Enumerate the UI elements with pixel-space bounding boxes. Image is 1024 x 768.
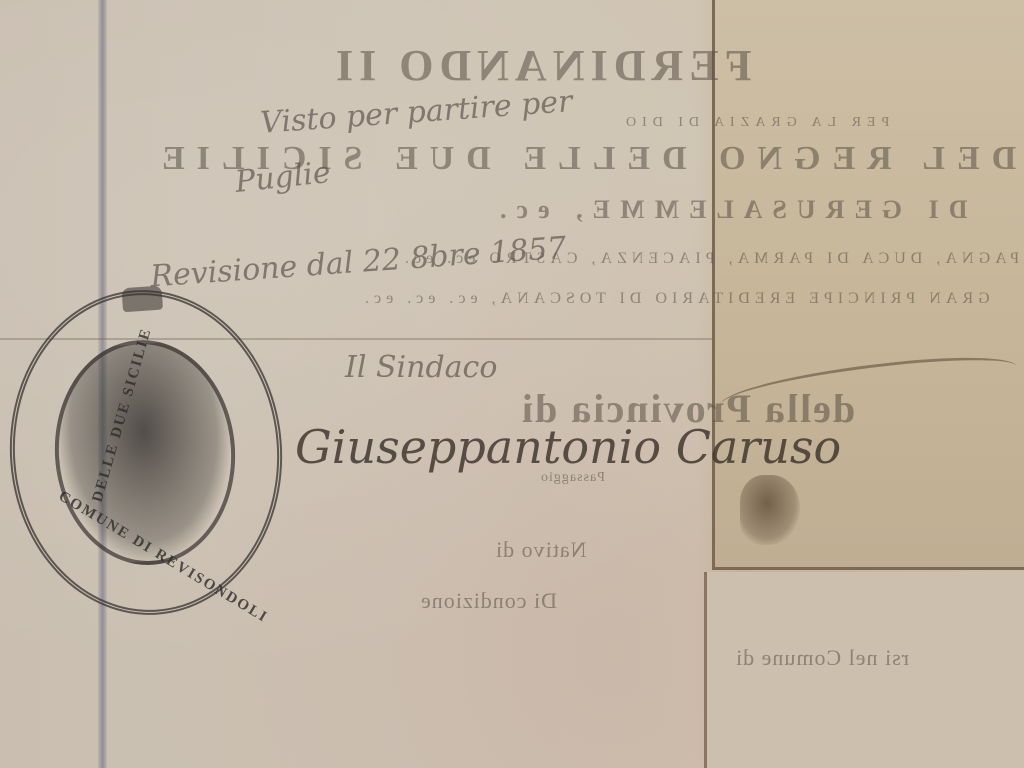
mirrored-jerusalem: DI GERUSALEMME, ec. — [490, 195, 967, 225]
handwritten-signature: Giuseppantonio Caruso — [295, 420, 841, 474]
mirrored-condizione: Di condizione — [420, 588, 557, 614]
seal-crown-icon — [121, 286, 163, 313]
mirrored-header-king: FERDINANDO II — [330, 40, 751, 91]
mirrored-nativo: Nativo di — [495, 537, 587, 563]
mirrored-toscana: GRAN PRINCIPE EREDITARIO DI TOSCANA, ec.… — [360, 290, 990, 308]
seal-coat-of-arms-icon — [47, 334, 242, 571]
mirrored-comune: rsi nel Comune di — [735, 645, 909, 671]
handwritten-sindaco-title: Il Sindaco — [345, 350, 497, 385]
mirrored-grazia: PER LA GRAZIA DI DIO — [620, 115, 889, 131]
